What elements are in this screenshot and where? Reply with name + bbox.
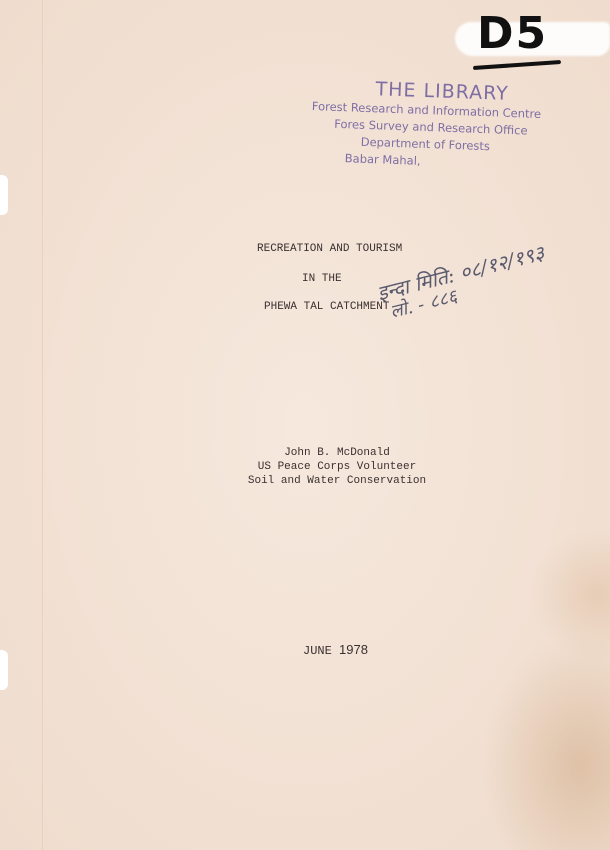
code-underline [473,60,561,70]
edge-tear-mark [0,175,8,215]
date-year: 1978 [339,642,368,657]
library-stamp: THE LIBRARY Forest Research and Informat… [295,75,558,174]
author-name: John B. McDonald [242,446,432,460]
document-title-line-2: IN THE [302,273,342,285]
author-affiliation: US Peace Corps Volunteer [242,460,432,474]
scanned-page: D5 THE LIBRARY Forest Research and Infor… [0,0,610,850]
date-month: JUNE [303,644,332,658]
author-department: Soil and Water Conservation [242,474,432,488]
document-title-line-1: RECREATION AND TOURISM [257,243,402,255]
document-title-line-3: PHEWA TAL CATCHMENT [264,301,389,313]
corner-label: D5 [455,12,605,64]
author-block: John B. McDonald US Peace Corps Voluntee… [242,446,432,488]
document-code: D5 [477,8,548,59]
edge-tear-mark [0,650,8,690]
document-date: JUNE 1978 [303,642,368,658]
page-fold-line [42,0,43,850]
